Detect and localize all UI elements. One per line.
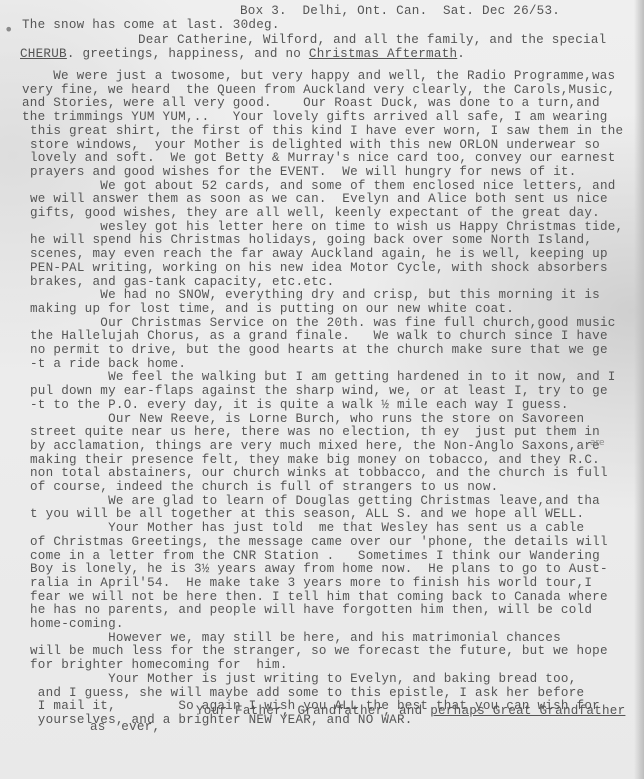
letter-line: very fine, we heard the Queen from Auckl… <box>22 83 615 97</box>
letter-line: wesley got his letter here on time to wi… <box>30 220 623 234</box>
letter-line: Your Mother has just told me that Wesley… <box>30 521 584 535</box>
letter-line: come in a letter from the CNR Station . … <box>30 549 600 563</box>
letter-line: he has no parents, and people will have … <box>30 603 592 617</box>
letter-line: We were just a twosome, but very happy a… <box>22 69 615 83</box>
letter-line: by acclamation, things are very much mix… <box>30 439 600 453</box>
weather-note: The snow has come at last. 30deg. <box>22 18 280 32</box>
letter-line: ralia in April'54. He make take 3 years … <box>30 576 592 590</box>
letter-line: making up for lost time, and is putting … <box>30 302 514 316</box>
letter-line: -t a ride back home. <box>30 357 186 371</box>
letter-line: Our New Reeve, is Lorne Burch, who runs … <box>30 412 584 426</box>
letter-line: t you will be all together at this seaso… <box>30 507 584 521</box>
pen-mark: • <box>4 20 13 39</box>
letter-line: home-coming. <box>30 617 124 631</box>
period: . <box>457 47 465 61</box>
page-edge-shadow <box>634 0 644 779</box>
letter-line: We had no SNOW, everything dry and crisp… <box>30 288 600 302</box>
letter-line: street quite near us here, there was no … <box>30 425 600 439</box>
letter-line: the Hallelujah Chorus, as a grand finale… <box>30 329 608 343</box>
salutation-line-2: CHERUB. greetings, happiness, and no Chr… <box>20 47 465 61</box>
letter-line: Your Mother is just writing to Evelyn, a… <box>30 672 577 686</box>
letter-line: brakes, and gas-tank capacity, etc.etc. <box>30 275 335 289</box>
christmas-aftermath: Christmas Aftermath <box>309 47 457 61</box>
letter-line: lovely and soft. We got Betty & Murray's… <box>30 151 616 165</box>
letter-line: Our Christmas Service on the 20th. was f… <box>30 316 616 330</box>
greeting-text: . greetings, happiness, and no <box>67 47 309 61</box>
letter-line: fear we will not be here then. I tell hi… <box>30 590 608 604</box>
letter-line: pul down my ear-flaps against the sharp … <box>30 384 608 398</box>
closing: as ever, <box>90 720 160 734</box>
letter-line: Boy is lonely, he is 3½ years away from … <box>30 562 608 576</box>
letter-line: and Stories, were all very good. Our Roa… <box>22 96 600 110</box>
signature-line: Your Father, Grandfather, and perhaps Gr… <box>196 704 625 718</box>
letter-line: We are glad to learn of Douglas getting … <box>30 494 600 508</box>
handwritten-insert: are <box>590 438 605 448</box>
letter-header: Box 3. Delhi, Ont. Can. Sat. Dec 26/53. <box>240 4 560 18</box>
letter-line: We got about 52 cards, and some of them … <box>30 179 616 193</box>
letter-line: will be much less for the stranger, so w… <box>30 644 608 658</box>
letter-line: making their presence felt, they make bi… <box>30 453 600 467</box>
letter-line: of Christmas Greetings, the message came… <box>30 535 608 549</box>
letter-line: we will answer them as soon as we can. E… <box>30 192 608 206</box>
letter-line: the trimmings YUM YUM,.. Your lovely gif… <box>22 110 608 124</box>
letter-line: no permit to drive, but the good hearts … <box>30 343 608 357</box>
cherub-word: CHERUB <box>20 47 67 61</box>
letter-line: PEN-PAL writing, working on his new idea… <box>30 261 608 275</box>
letter-line: scenes, may even reach the far away Auck… <box>30 247 608 261</box>
letter-line: this great shirt, the first of this kind… <box>30 124 623 138</box>
letter-line: of course, indeed the church is full of … <box>30 480 498 494</box>
letter-line: gifts, good wishes, they are all well, k… <box>30 206 600 220</box>
letter-page: Box 3. Delhi, Ont. Can. Sat. Dec 26/53. … <box>0 0 644 779</box>
letter-line: he will spend his Christmas holidays, go… <box>30 233 592 247</box>
letter-line: However we, may still be here, and his m… <box>30 631 561 645</box>
letter-line: prayers and good wishes for the EVENT. W… <box>30 165 577 179</box>
letter-line: store windows, your Mother is delighted … <box>30 138 600 152</box>
salutation-line-1: Dear Catherine, Wilford, and all the fam… <box>138 33 606 47</box>
letter-line: non total abstainers, our church winks a… <box>30 466 608 480</box>
letter-line: -t to the P.O. every day, it is quite a … <box>30 398 569 412</box>
great-grandfather-text: perhaps Great Grandfather <box>430 704 625 718</box>
letter-line: for brighter homecoming for him. <box>30 658 288 672</box>
letter-line: We feel the walking but I am getting har… <box>30 370 616 384</box>
letter-line: and I guess, she will maybe add some to … <box>30 686 584 700</box>
signature-text: Your Father, Grandfather, and <box>196 704 430 718</box>
